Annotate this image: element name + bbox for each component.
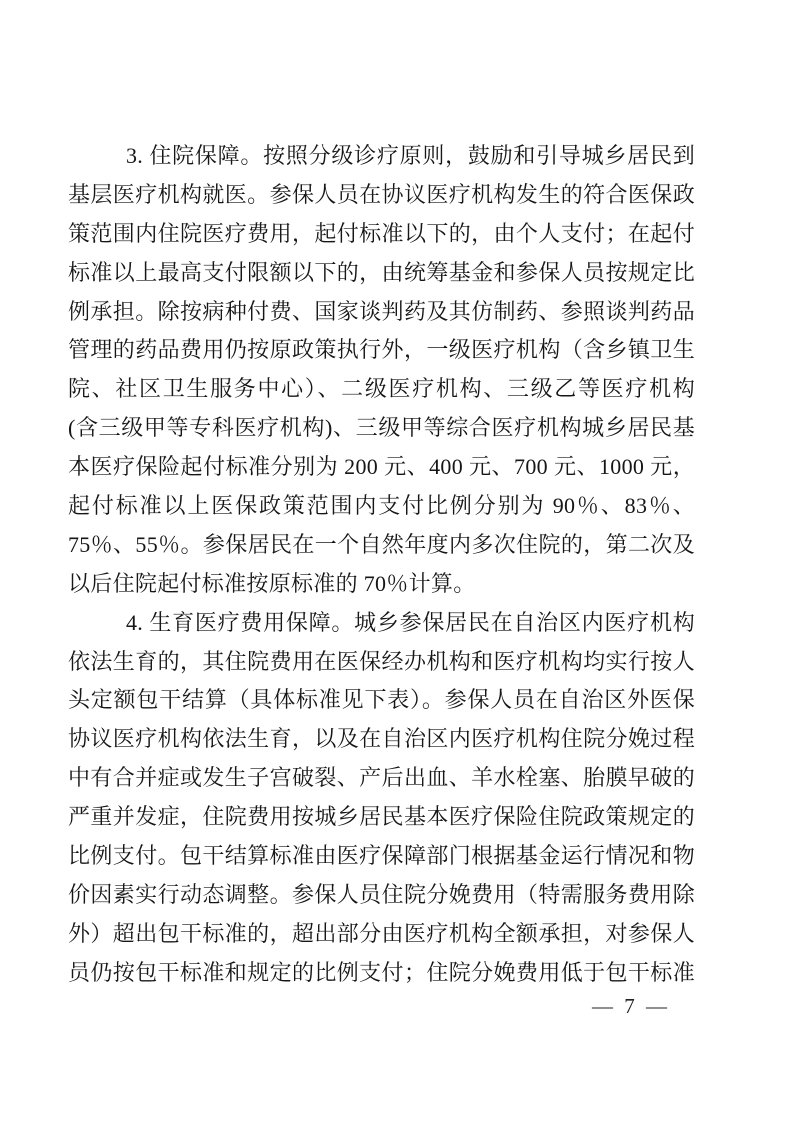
text-line: 协议医疗机构依法生育，以及在自治区内医疗机构住院分娩过程 (68, 720, 695, 759)
text-line: 头定额包干结算（具体标准见下表）。参保人员在自治区外医保 (68, 681, 695, 720)
text-line: 比例支付。包干结算标准由医疗保障部门根据基金运行情况和物 (68, 837, 695, 876)
page-number: — 7 — (592, 994, 670, 1018)
document-body: 3. 住院保障。按照分级诊疗原则，鼓励和引导城乡居民到基层医疗机构就医。参保人员… (68, 137, 695, 993)
document-page: 3. 住院保障。按照分级诊疗原则，鼓励和引导城乡居民到基层医疗机构就医。参保人员… (0, 0, 794, 1122)
text-line: 例承担。除按病种付费、国家谈判药及其仿制药、参照谈判药品 (68, 293, 695, 332)
text-line: 4. 生育医疗费用保障。城乡参保居民在自治区内医疗机构 (68, 604, 695, 643)
text-line: 价因素实行动态调整。参保人员住院分娩费用（特需服务费用除 (68, 876, 695, 915)
text-line: 标准以上最高支付限额以下的，由统筹基金和参保人员按规定比 (68, 254, 695, 293)
text-line: 管理的药品费用仍按原政策执行外，一级医疗机构（含乡镇卫生 (68, 331, 695, 370)
text-line: 院、社区卫生服务中心）、二级医疗机构、三级乙等医疗机构 (68, 370, 695, 409)
text-line: 基层医疗机构就医。参保人员在协议医疗机构发生的符合医保政 (68, 176, 695, 215)
text-line: 本医疗保险起付标准分别为 200 元、400 元、700 元、1000 元， (68, 448, 695, 487)
text-line: 以后住院起付标准按原标准的 70％计算。 (68, 565, 695, 604)
text-line: 中有合并症或发生子宫破裂、产后出血、羊水栓塞、胎膜早破的 (68, 759, 695, 798)
text-line: 75％、55％。参保居民在一个自然年度内多次住院的，第二次及 (68, 526, 695, 565)
text-line: 依法生育的，其住院费用在医保经办机构和医疗机构均实行按人 (68, 643, 695, 682)
text-line: (含三级甲等专科医疗机构)、三级甲等综合医疗机构城乡居民基 (68, 409, 695, 448)
text-line: 外）超出包干标准的，超出部分由医疗机构全额承担，对参保人 (68, 915, 695, 954)
text-line: 3. 住院保障。按照分级诊疗原则，鼓励和引导城乡居民到 (68, 137, 695, 176)
text-line: 员仍按包干标准和规定的比例支付；住院分娩费用低于包干标准 (68, 954, 695, 993)
text-line: 起付标准以上医保政策范围内支付比例分别为 90％、83％、 (68, 487, 695, 526)
text-line: 策范围内住院医疗费用，起付标准以下的，由个人支付；在起付 (68, 215, 695, 254)
text-line: 严重并发症，住院费用按城乡居民基本医疗保险住院政策规定的 (68, 798, 695, 837)
